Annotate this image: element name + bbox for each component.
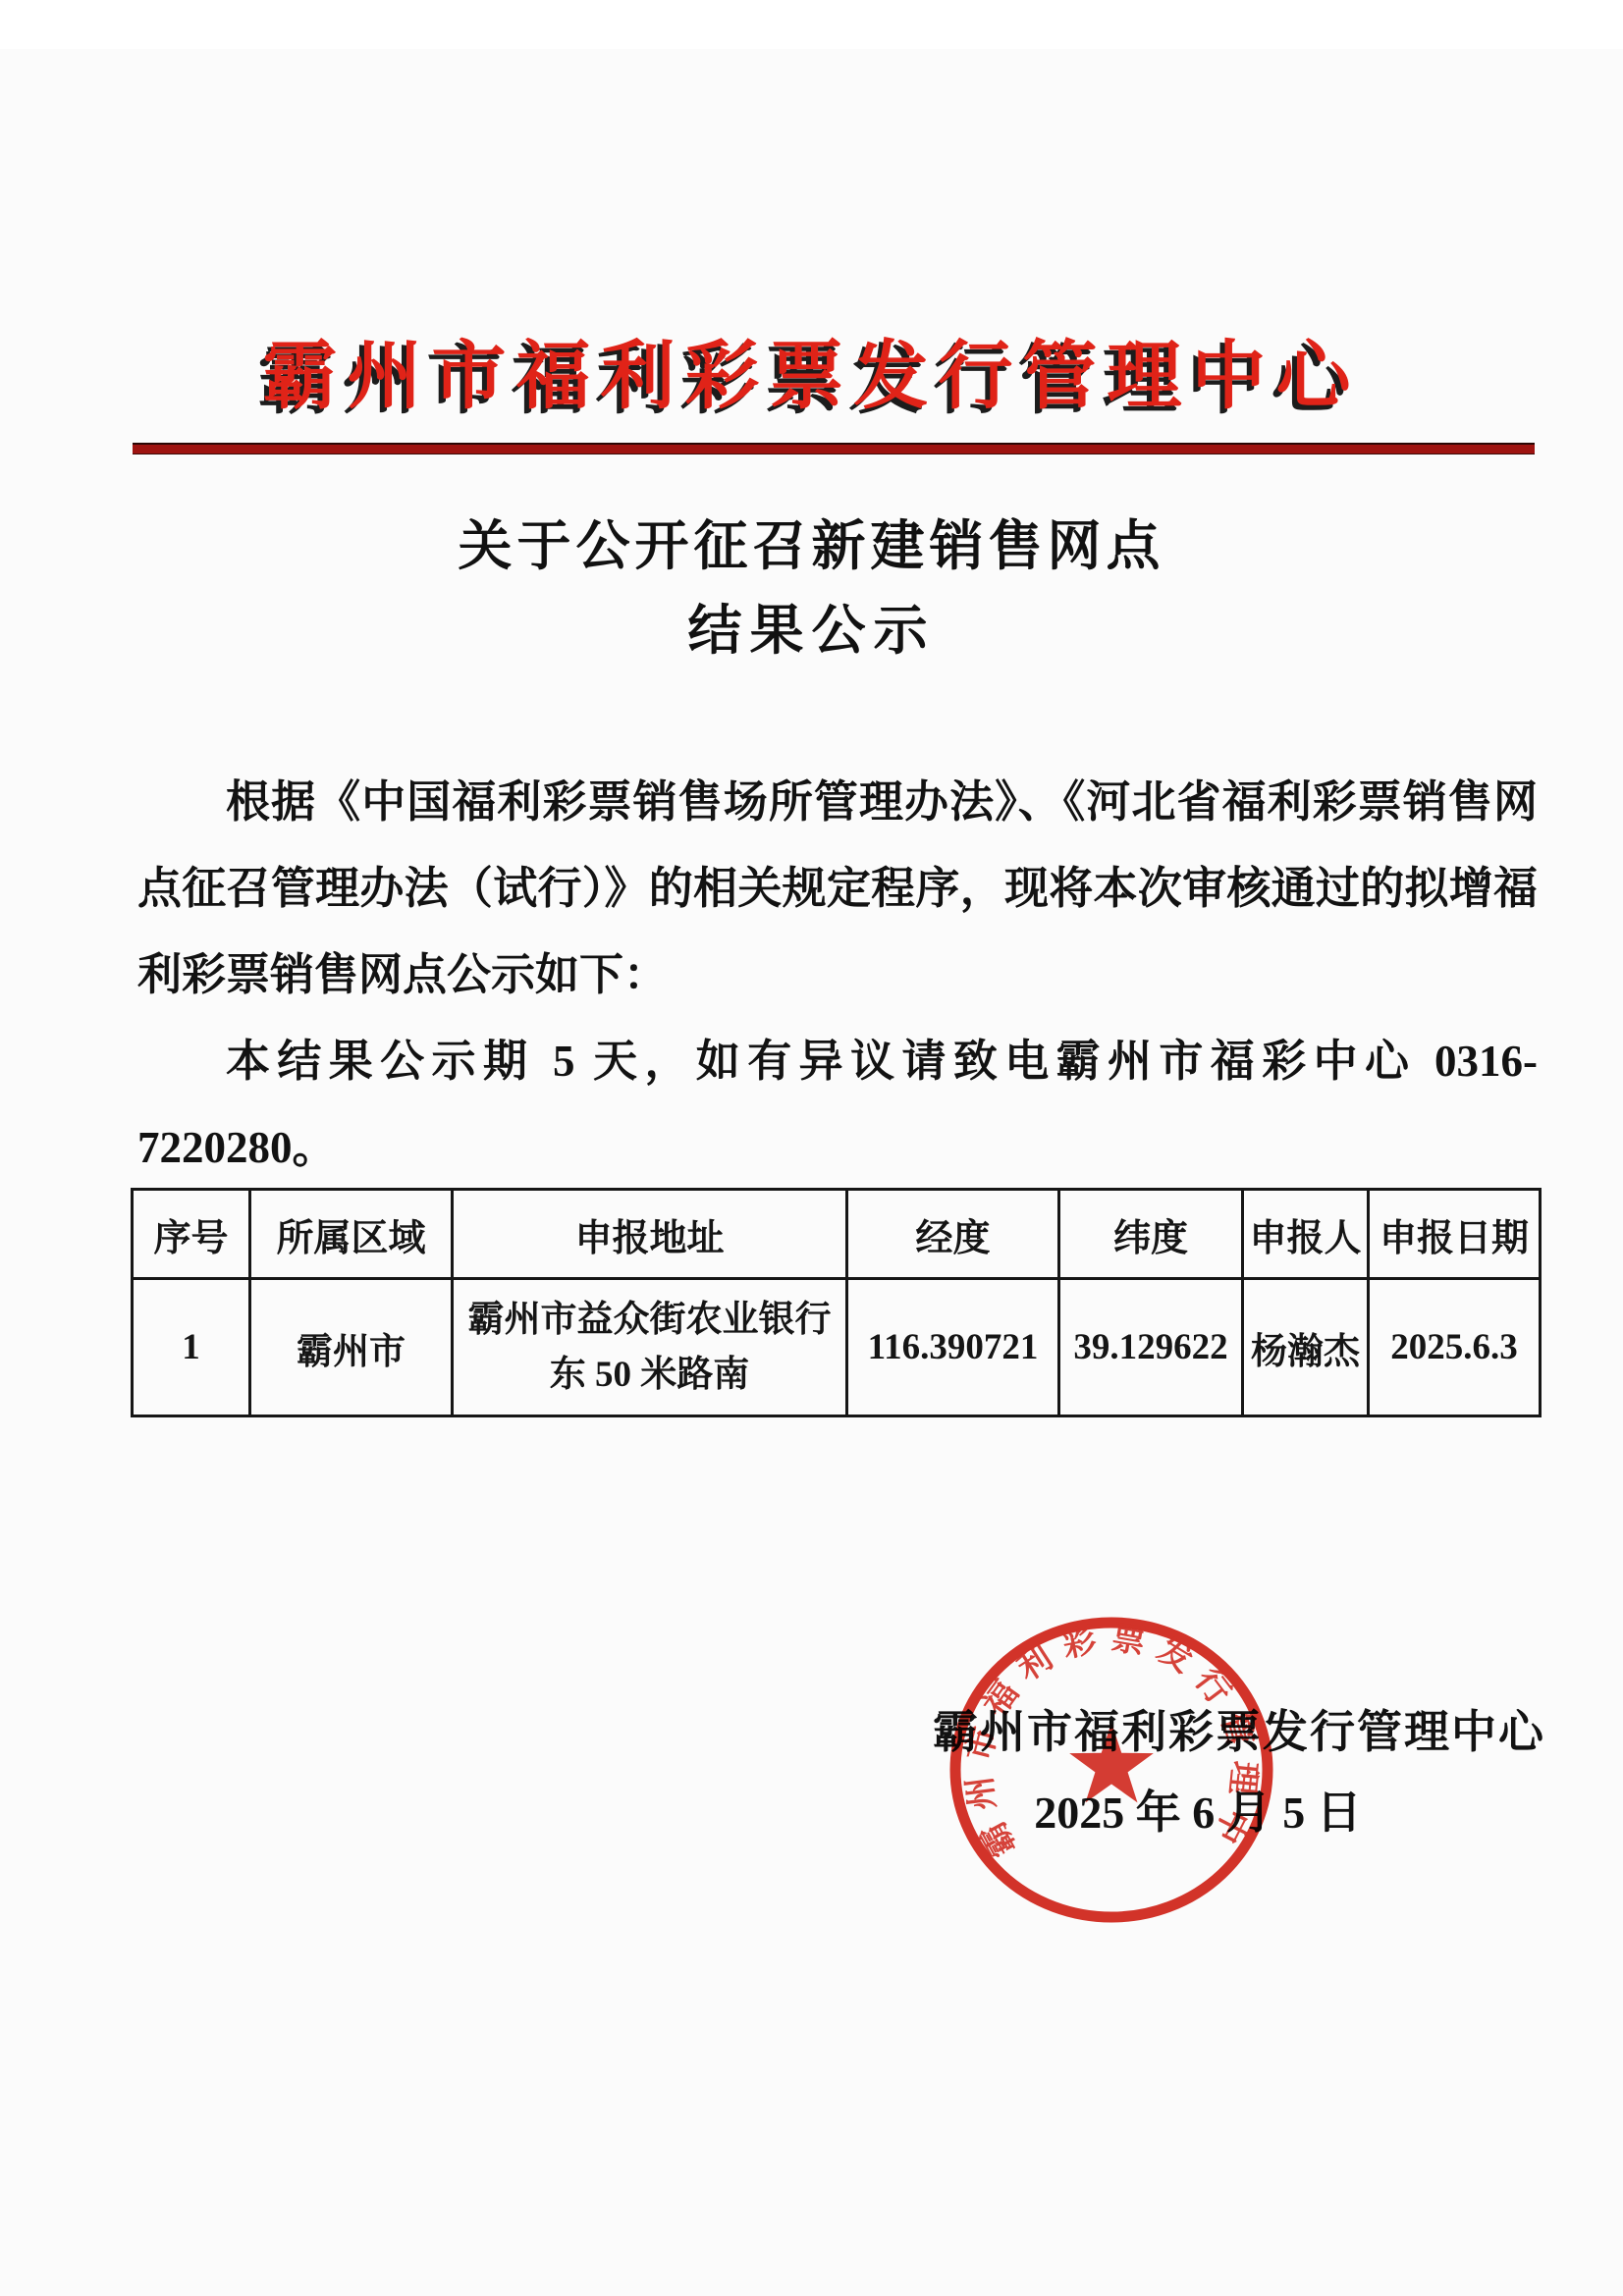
document-title-line1: 关于公开征召新建销售网点 — [0, 503, 1623, 580]
cell-address: 霸州市益众街农业银行 东 50 米路南 — [453, 1279, 847, 1416]
cell-longitude: 116.390721 — [847, 1279, 1059, 1416]
publicity-table: 序号 所属区域 申报地址 经度 纬度 申报人 申报日期 1 霸州市 霸州市益众街… — [131, 1188, 1542, 1417]
body-paragraph-1: 根据《中国福利彩票销售场所管理办法》、《河北省福利彩票销售网点征召管理办法（试行… — [137, 759, 1538, 1018]
letterhead-divider-rule — [133, 443, 1535, 454]
letterhead-org-name: 霸州市福利彩票发行管理中心 — [0, 316, 1623, 423]
document-page: 霸州市福利彩票发行管理中心 关于公开征召新建销售网点 结果公示 根据《中国福利彩… — [0, 0, 1623, 2296]
col-header-district: 所属区域 — [250, 1190, 453, 1279]
document-title-line2: 结果公示 — [0, 587, 1623, 665]
cell-date: 2025.6.3 — [1369, 1279, 1541, 1416]
col-header-seq: 序号 — [133, 1190, 250, 1279]
stamp-star-icon — [1069, 1723, 1154, 1802]
body-text: 根据《中国福利彩票销售场所管理办法》、《河北省福利彩票销售网点征召管理办法（试行… — [137, 759, 1538, 1191]
col-header-latitude: 纬度 — [1059, 1190, 1243, 1279]
col-header-longitude: 经度 — [847, 1190, 1059, 1279]
cell-applicant: 杨瀚杰 — [1243, 1279, 1369, 1416]
stamp-ring-text: 霸州市福利彩票发行管理中心 — [945, 1615, 1263, 1863]
table-row: 1 霸州市 霸州市益众街农业银行 东 50 米路南 116.390721 39.… — [133, 1279, 1541, 1416]
table-header-row: 序号 所属区域 申报地址 经度 纬度 申报人 申报日期 — [133, 1190, 1541, 1279]
cell-address-line2: 东 50 米路南 — [458, 1348, 841, 1403]
official-red-stamp: 霸州市福利彩票发行管理中心 — [945, 1615, 1278, 1931]
col-header-date: 申报日期 — [1369, 1190, 1541, 1279]
cell-latitude: 39.129622 — [1059, 1279, 1243, 1416]
cell-seq: 1 — [133, 1279, 250, 1416]
cell-address-line1: 霸州市益众街农业银行 — [458, 1293, 841, 1348]
body-paragraph-2: 本结果公示期 5 天，如有异议请致电霸州市福彩中心 0316-7220280。 — [137, 1018, 1538, 1191]
page-top-margin — [0, 0, 1623, 49]
col-header-address: 申报地址 — [453, 1190, 847, 1279]
cell-district: 霸州市 — [250, 1279, 453, 1416]
col-header-applicant: 申报人 — [1243, 1190, 1369, 1279]
